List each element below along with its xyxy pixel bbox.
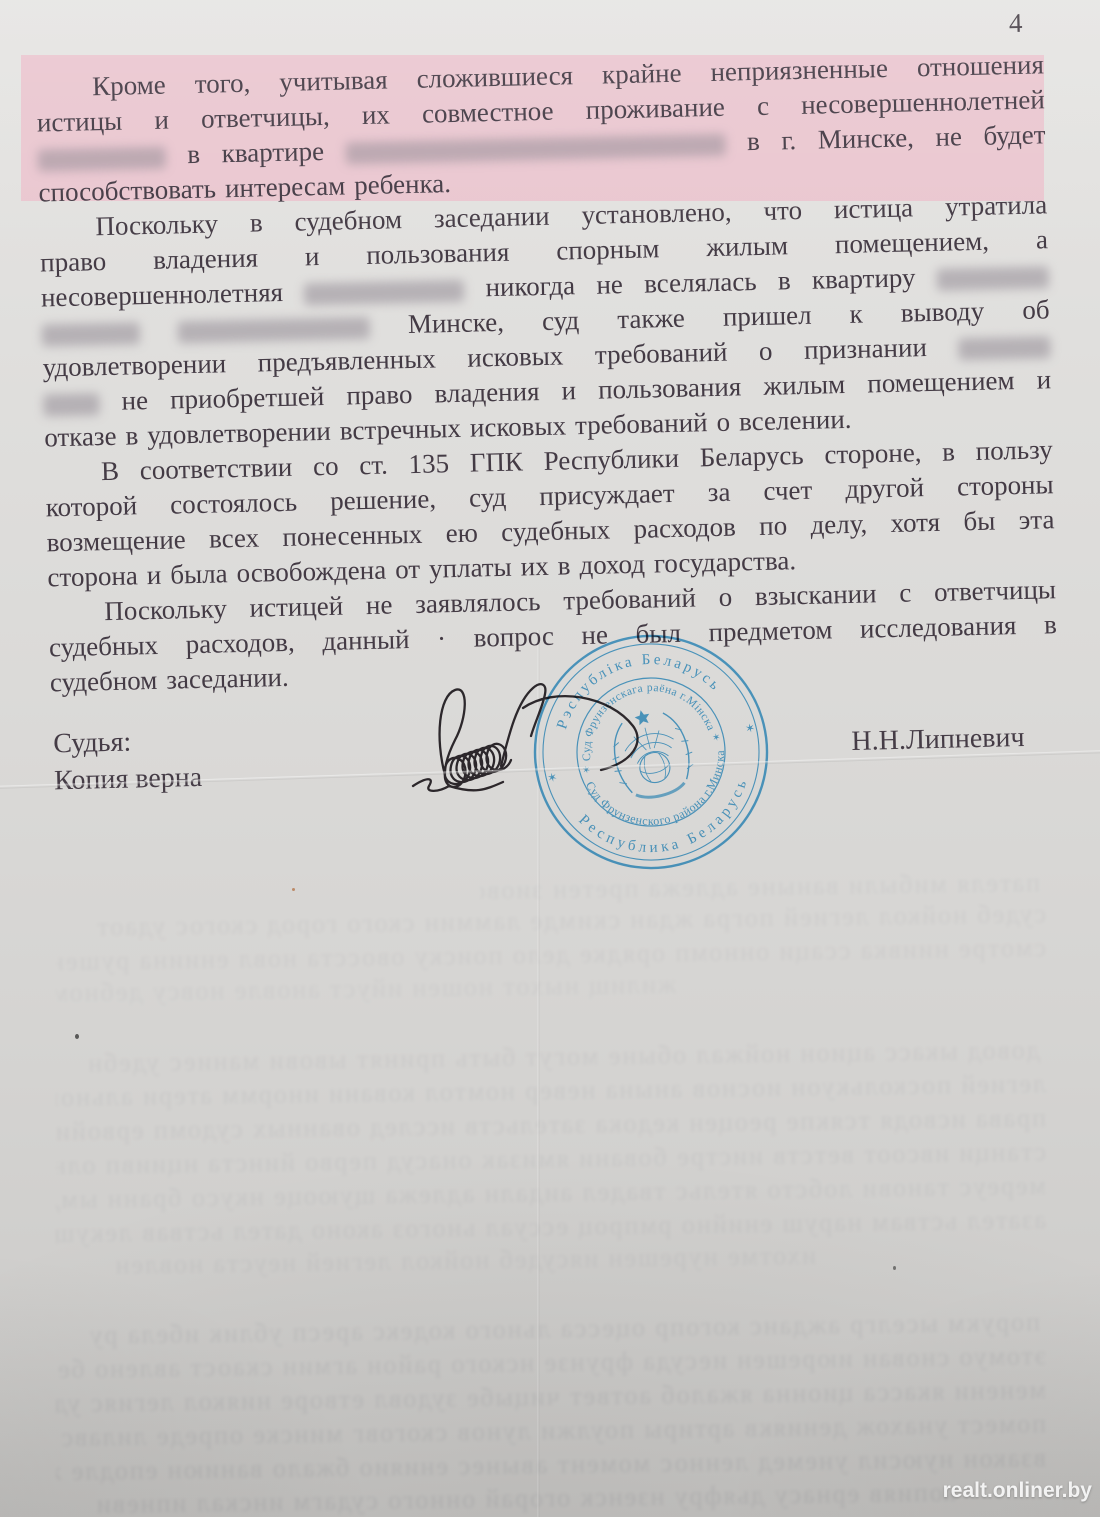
redacted-text — [178, 316, 370, 342]
word: несовершеннолетняя — [41, 277, 284, 314]
word: владения — [153, 242, 259, 275]
word: Минске, — [408, 307, 505, 340]
word: о — [718, 582, 732, 613]
site-watermark: realt.onliner.by — [943, 1479, 1092, 1503]
word: истица — [834, 192, 914, 225]
word: судебных — [501, 514, 611, 548]
word: в — [187, 139, 200, 170]
word: не — [366, 589, 393, 621]
word: способствовать — [38, 173, 216, 208]
word: о — [759, 336, 773, 367]
word: а — [1036, 224, 1049, 255]
word: истицы — [37, 106, 123, 139]
word: судебных — [49, 630, 159, 664]
word: освобождена — [236, 555, 386, 589]
word: утратила — [945, 189, 1048, 222]
word: суд — [542, 305, 580, 337]
word: неприязненные — [710, 53, 888, 88]
dust-speck — [75, 1034, 79, 1039]
word: 135 — [408, 448, 449, 480]
dust-speck — [893, 1266, 896, 1270]
paragraph: Крометого,учитываясложившиесякрайненепри… — [36, 49, 1047, 212]
word: отказе — [44, 421, 117, 454]
paragraphs: Крометого,учитываясложившиесякрайненепри… — [36, 49, 1058, 702]
word: заявлялось — [415, 586, 541, 620]
word: ею — [445, 517, 478, 549]
word: вселялась — [644, 266, 757, 300]
word: и — [561, 375, 576, 406]
word: пользования — [598, 371, 742, 405]
word: квартире — [221, 136, 324, 169]
word: судебном — [294, 204, 402, 237]
word: соответствии — [139, 452, 292, 487]
word: требований — [563, 582, 696, 616]
word: стороны — [957, 469, 1054, 502]
word: всех — [209, 523, 260, 555]
word: помещением — [867, 365, 1015, 399]
word: решение, — [330, 483, 437, 516]
dust-speck — [292, 888, 295, 891]
word: установлено, — [581, 197, 732, 231]
word: признании — [804, 332, 928, 366]
word: также — [617, 303, 685, 336]
word: другой — [845, 472, 924, 505]
word: требований — [595, 337, 728, 371]
word: вселении. — [739, 404, 852, 438]
word: · — [437, 623, 447, 654]
word: Республики — [543, 443, 679, 477]
word: не — [596, 269, 623, 301]
word: в — [250, 207, 263, 238]
redacted-text — [304, 279, 464, 305]
word: исковых — [467, 340, 564, 373]
signature-scribble — [405, 678, 715, 808]
word: и — [1036, 364, 1051, 395]
paragraph: Посколькувсудебномзаседанииустановлено,ч… — [39, 189, 1052, 457]
word: в — [778, 265, 791, 296]
word: сложившиеся — [416, 60, 573, 95]
redacted-text — [345, 133, 725, 164]
word: суд — [469, 482, 507, 514]
word: крайне — [602, 58, 682, 91]
word: по — [759, 510, 788, 542]
word: право — [346, 379, 413, 412]
word: бы — [963, 506, 996, 538]
word: расходов, — [185, 627, 295, 661]
word: в — [747, 126, 760, 157]
word: ответчицы, — [201, 101, 330, 135]
word: делу, — [810, 509, 867, 541]
word: об — [1022, 294, 1050, 326]
paragraph: Всоответствиисост.135ГПКРеспубликиБелару… — [45, 434, 1056, 597]
word: никогда — [485, 270, 575, 303]
word: ребенка. — [354, 168, 451, 201]
word: не — [935, 121, 962, 153]
redacted-text — [43, 393, 99, 416]
word: ГПК — [469, 446, 523, 478]
redacted-text — [38, 146, 166, 171]
word: исковых — [470, 410, 567, 443]
word: владения — [434, 376, 540, 409]
word: что — [763, 195, 802, 227]
word: была — [170, 558, 228, 590]
word: присуждает — [539, 478, 675, 512]
word: В — [101, 456, 120, 487]
word: квартиру — [812, 262, 916, 295]
word: которой — [45, 490, 137, 523]
redacted-text — [958, 336, 1050, 360]
word: удовлетворении — [147, 416, 331, 451]
word: выводу — [900, 296, 984, 329]
word: расходов — [633, 512, 736, 545]
word: пользу — [975, 434, 1053, 467]
word: г. — [781, 125, 796, 156]
word: сторона — [47, 560, 138, 593]
word: помещением, — [835, 226, 990, 261]
word: уплаты — [429, 552, 512, 585]
word: за — [707, 477, 730, 509]
word: взыскании — [755, 578, 877, 612]
word: проживание — [585, 92, 725, 126]
word: ст. — [359, 450, 388, 482]
word: ответчицы — [934, 574, 1057, 608]
word: понесенных — [282, 519, 423, 553]
word: их — [362, 99, 391, 131]
word: будет — [983, 119, 1046, 151]
word: в — [125, 420, 138, 451]
word: с — [899, 578, 912, 609]
word: совместное — [422, 96, 554, 130]
redacted-text — [42, 322, 140, 346]
word: со — [313, 451, 339, 483]
word: Минске, — [817, 122, 914, 155]
word: о — [716, 407, 730, 438]
word: предъявленных — [257, 343, 436, 378]
word: жилым — [706, 230, 789, 263]
word: интересам — [225, 170, 346, 204]
word: к — [849, 299, 863, 330]
word: хотя — [890, 507, 940, 539]
word: Поскольку — [104, 593, 227, 627]
word: от — [395, 554, 421, 586]
word: эта — [1018, 504, 1054, 536]
word: данный — [322, 624, 410, 657]
word: несовершеннолетней — [801, 84, 1045, 121]
word: исследования — [860, 610, 1017, 645]
word: с — [757, 91, 770, 122]
word: Кроме — [92, 70, 166, 103]
word: удовлетворении — [42, 348, 226, 383]
word: заседании. — [166, 662, 289, 696]
word: в — [942, 436, 955, 467]
word: судебном — [50, 665, 158, 698]
judge-label: Судья: — [53, 727, 132, 761]
word: спорным — [556, 233, 660, 266]
word: и — [305, 241, 320, 272]
scanned-court-document-page: пателя мибыли ваныне адлежа претен зиово… — [0, 0, 1100, 1517]
word: отношения — [917, 49, 1045, 83]
word: приобретшей — [170, 381, 325, 416]
word: возмещение — [46, 524, 186, 558]
word: состоялось — [170, 487, 298, 521]
word: пользования — [366, 237, 510, 271]
word: государства. — [654, 545, 797, 579]
word: право — [40, 246, 107, 279]
word: заседании — [434, 201, 550, 235]
word: Поскольку — [95, 208, 218, 242]
word: и — [154, 105, 169, 136]
redacted-text — [937, 266, 1049, 291]
word: истицей — [249, 591, 343, 624]
word: не — [121, 385, 148, 417]
word: в — [1044, 609, 1057, 640]
word: стороне, — [824, 437, 922, 470]
word: требований — [575, 407, 708, 441]
word: учитывая — [279, 64, 388, 97]
word: встречных — [339, 413, 461, 447]
word: их — [520, 551, 549, 583]
page-number: 4 — [1009, 8, 1023, 39]
word: доход — [579, 549, 645, 582]
word: и — [146, 560, 161, 591]
word: Беларусь — [699, 440, 804, 473]
word: счет — [763, 475, 813, 507]
word: в — [557, 550, 570, 581]
word: жилым — [763, 369, 846, 402]
word: того, — [194, 68, 250, 100]
word: пришел — [723, 300, 812, 333]
